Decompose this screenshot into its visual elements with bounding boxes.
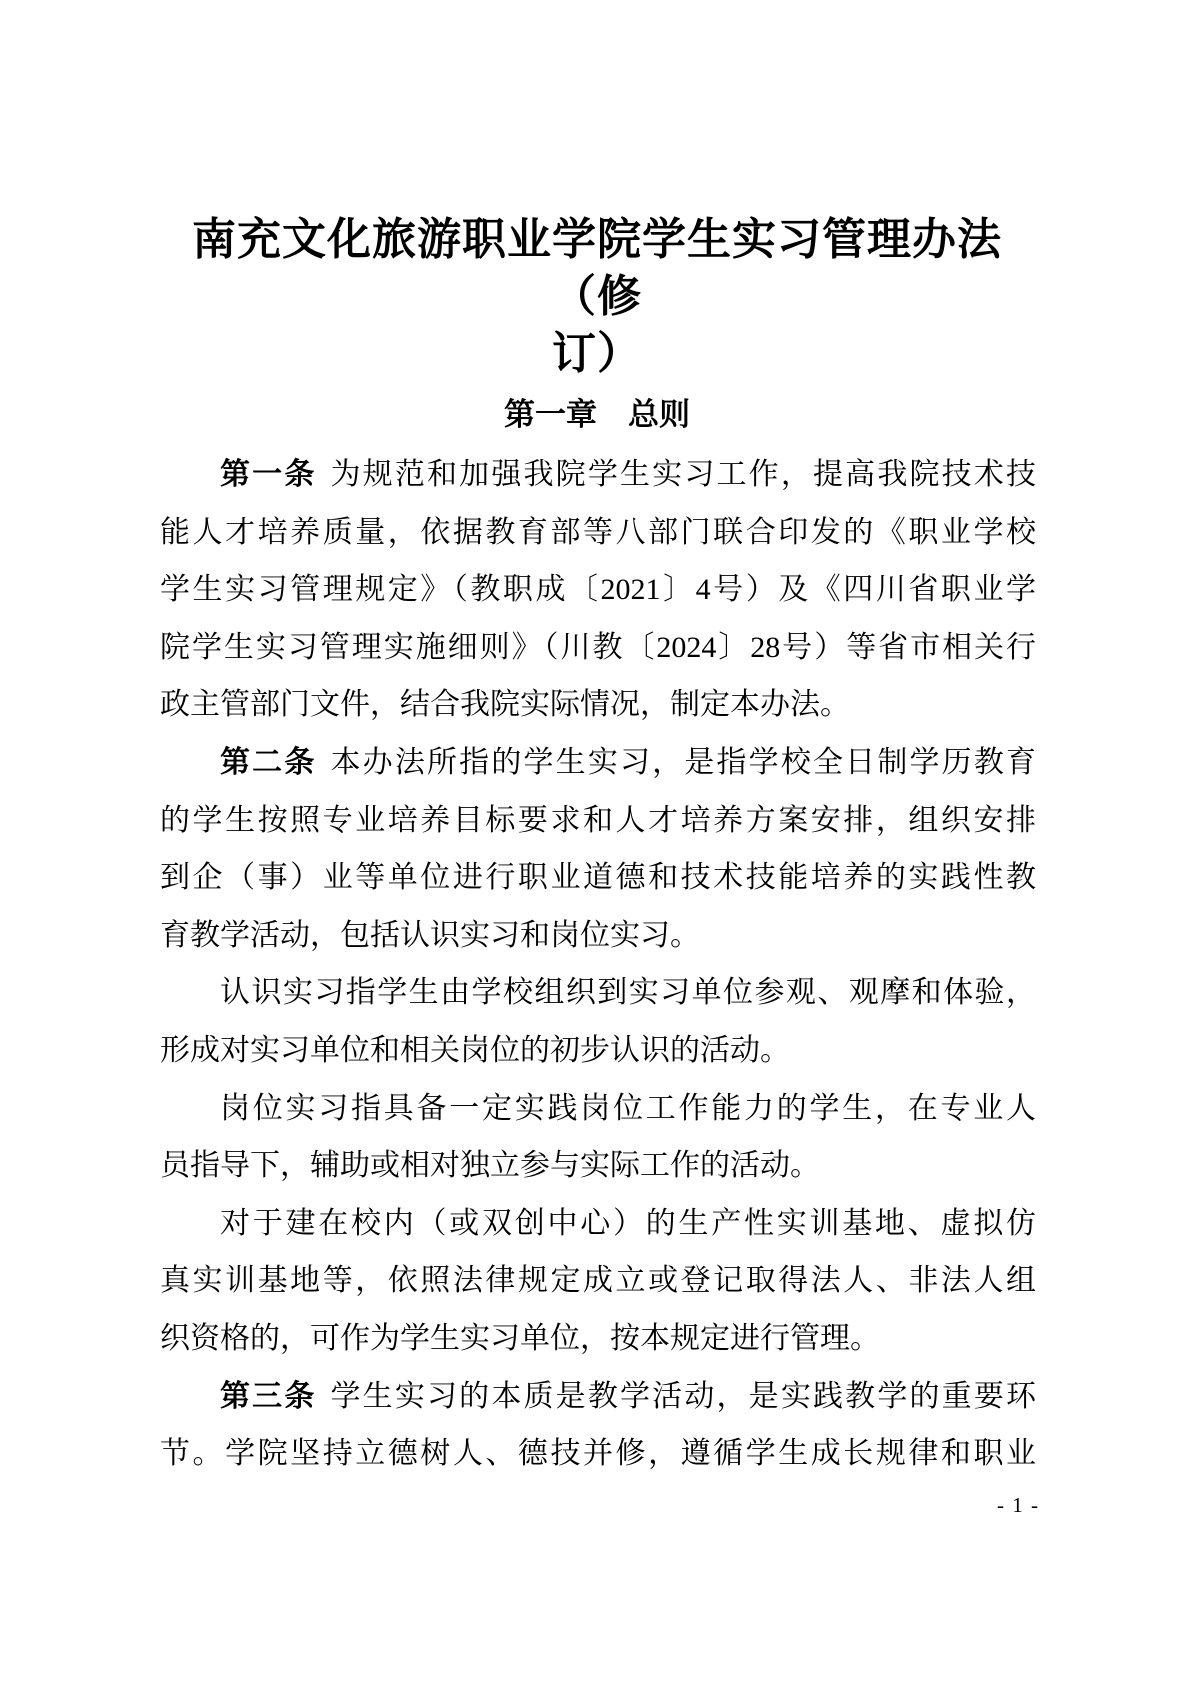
line-text: 为规范和加强我院学生实习工作，提高我院技术技	[331, 458, 1037, 491]
body-line: 员指导下，辅助或相对独立参与实际工作的活动。	[160, 1137, 1036, 1195]
body-line: 学生实习管理规定》（教职成〔2021〕4号）及《四川省职业学	[160, 561, 1036, 619]
line-text: 节。学院坚持立德树人、德技并修，遵循学生成长规律和职业	[160, 1437, 1036, 1470]
chapter-heading: 第一章 总则	[158, 386, 1036, 444]
body-line: 第二条本办法所指的学生实习，是指学校全日制学历教育	[160, 734, 1036, 792]
body-line: 的学生按照专业培养目标要求和人才培养方案安排，组织安排	[160, 792, 1036, 850]
body-line: 政主管部门文件，结合我院实际情况，制定本办法。	[160, 676, 1036, 734]
body-line: 能人才培养质量，依据教育部等八部门联合印发的《职业学校	[160, 504, 1036, 562]
article-number: 第二条	[160, 745, 317, 780]
body-line: 第一条为规范和加强我院学生实习工作，提高我院技术技	[160, 446, 1036, 504]
line-text: 认识实习指学生由学校组织到实习单位参观、观摩和体验，	[160, 976, 1036, 1009]
body-line: 到企（事）业等单位进行职业道德和技术技能培养的实践性教	[160, 849, 1036, 907]
line-text: 学生实习的本质是教学活动，是实践教学的重要环	[331, 1380, 1037, 1413]
document-page: 南充文化旅游职业学院学生实习管理办法（修 订） 第一章 总则 第一条为规范和加强…	[0, 0, 1190, 1683]
body-line: 织资格的，可作为学生实习单位，按本规定进行管理。	[160, 1310, 1036, 1368]
line-text: 真实训基地等，依照法律规定成立或登记取得法人、非法人组	[160, 1264, 1036, 1297]
body-line: 育教学活动，包括认识实习和岗位实习。	[160, 907, 1036, 965]
article-number: 第三条	[160, 1379, 317, 1414]
body-line: 真实训基地等，依照法律规定成立或登记取得法人、非法人组	[160, 1252, 1036, 1310]
body-line: 对于建在校内（或双创中心）的生产性实训基地、虚拟仿	[160, 1195, 1036, 1253]
line-text: 能人才培养质量，依据教育部等八部门联合印发的《职业学校	[160, 516, 1036, 549]
document-title: 南充文化旅游职业学院学生实习管理办法（修 订）	[158, 211, 1036, 382]
line-text: 学生实习管理规定》（教职成〔2021〕4号）及《四川省职业学	[160, 573, 1036, 606]
page-number: - 1 -	[997, 1493, 1040, 1517]
body-line: 院学生实习管理实施细则》（川教〔2024〕28号）等省市相关行	[160, 619, 1036, 677]
line-text: 育教学活动，包括认识实习和岗位实习。	[160, 919, 700, 952]
line-text: 员指导下，辅助或相对独立参与实际工作的活动。	[160, 1149, 820, 1182]
body-line: 岗位实习指具备一定实践岗位工作能力的学生，在专业人	[160, 1080, 1036, 1138]
body-line: 节。学院坚持立德树人、德技并修，遵循学生成长规律和职业	[160, 1425, 1036, 1483]
line-text: 形成对实习单位和相关岗位的初步认识的活动。	[160, 1034, 790, 1067]
line-text: 织资格的，可作为学生实习单位，按本规定进行管理。	[160, 1322, 880, 1355]
document-title-line-2: 订）	[158, 325, 1036, 382]
line-text: 的学生按照专业培养目标要求和人才培养方案安排，组织安排	[160, 804, 1036, 837]
body-line: 认识实习指学生由学校组织到实习单位参观、观摩和体验，	[160, 964, 1036, 1022]
body-line: 第三条学生实习的本质是教学活动，是实践教学的重要环	[160, 1368, 1036, 1426]
document-title-line-1: 南充文化旅游职业学院学生实习管理办法（修	[158, 211, 1036, 325]
line-text: 院学生实习管理实施细则》（川教〔2024〕28号）等省市相关行	[160, 631, 1036, 664]
line-text: 到企（事）业等单位进行职业道德和技术技能培养的实践性教	[160, 861, 1036, 894]
line-text: 对于建在校内（或双创中心）的生产性实训基地、虚拟仿	[160, 1207, 1036, 1240]
line-text: 政主管部门文件，结合我院实际情况，制定本办法。	[160, 688, 850, 721]
line-text: 本办法所指的学生实习，是指学校全日制学历教育	[331, 746, 1037, 779]
body-line: 形成对实习单位和相关岗位的初步认识的活动。	[160, 1022, 1036, 1080]
document-body: 第一条为规范和加强我院学生实习工作，提高我院技术技能人才培养质量，依据教育部等八…	[160, 446, 1036, 1483]
article-number: 第一条	[160, 457, 317, 492]
line-text: 岗位实习指具备一定实践岗位工作能力的学生，在专业人	[160, 1092, 1036, 1125]
